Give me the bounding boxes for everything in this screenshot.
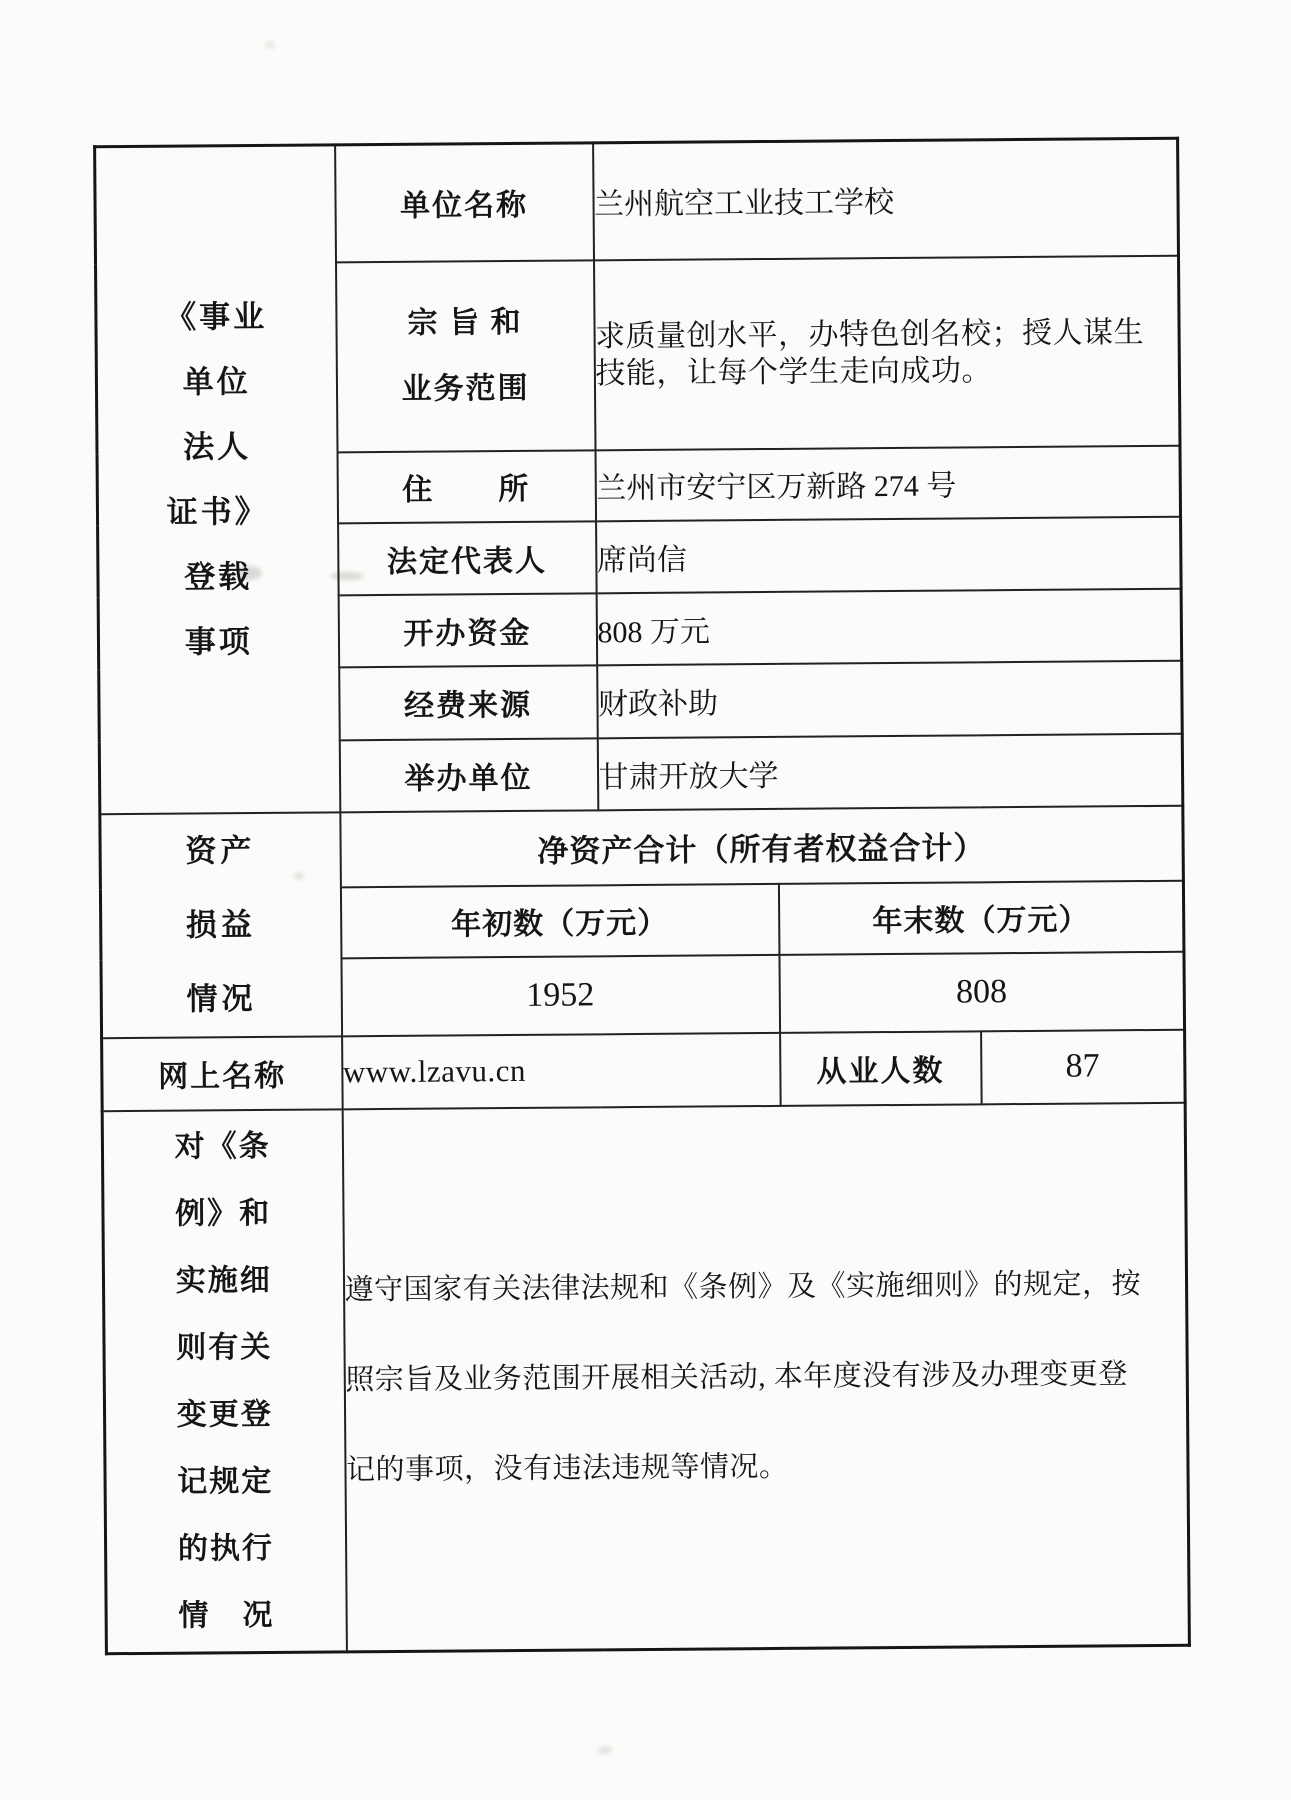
staff-count-value: 87	[981, 1029, 1186, 1104]
address-label: 住 所	[337, 450, 596, 523]
founding-capital-label: 开办资金	[338, 593, 597, 667]
online-name-value: www.lzavu.cn	[342, 1032, 781, 1108]
mission-value-line: 求质量创水平，办特色创名校；授人谋生	[595, 313, 1178, 355]
group-label-line: 证书》	[99, 479, 337, 546]
scan-smudge	[598, 1746, 612, 1754]
organizer-value: 甘肃开放大学	[597, 733, 1183, 810]
unit-name-value: 兰州航空工业技工学校	[593, 138, 1179, 260]
group-label-line: 记规定	[106, 1447, 344, 1516]
compliance-paragraph-line: 记的事项，没有违法违规等情况。	[346, 1418, 1187, 1515]
mission-value: 求质量创水平，办特色创名校；授人谋生 技能，让每个学生走向成功。	[594, 255, 1180, 450]
online-name-label: 网上名称	[102, 1036, 343, 1111]
year-end-value: 808	[779, 952, 1185, 1032]
unit-name-label: 单位名称	[335, 143, 594, 262]
group-label-line: 则有关	[105, 1313, 343, 1382]
mission-label-line: 业务范围	[337, 355, 594, 423]
scanned-report-page: 《事业 单位 法人 证书》 登载 事项 单位名称 兰州航空工业技工学校 宗 旨 …	[0, 0, 1291, 1800]
address-value: 兰州市安宁区万新路 274 号	[595, 445, 1181, 521]
group-label-line: 实施细	[105, 1246, 343, 1315]
year-start-value: 1952	[341, 955, 780, 1036]
group-label-line: 的执行	[107, 1514, 345, 1583]
legal-representative-value: 席尚信	[596, 516, 1182, 593]
group-label-line: 《事业	[97, 284, 335, 351]
mission-label: 宗 旨 和 业务范围	[336, 260, 595, 452]
group-label-line: 单位	[98, 349, 336, 416]
mission-value-line: 技能，让每个学生走向成功。	[595, 350, 1178, 392]
annual-report-table-wrap: 《事业 单位 法人 证书》 登载 事项 单位名称 兰州航空工业技工学校 宗 旨 …	[93, 137, 1191, 1655]
funding-source-label: 经费来源	[339, 665, 598, 740]
compliance-paragraph-line: 照宗旨及业务范围开展相关活动, 本年度没有涉及办理变更登	[345, 1328, 1186, 1425]
compliance-paragraph: 遵守国家有关法律法规和《条例》及《实施细则》的规定，按 照宗旨及业务范围开展相关…	[342, 1102, 1189, 1652]
group-label-line: 对《条	[104, 1112, 342, 1181]
legal-representative-label: 法定代表人	[338, 521, 597, 595]
net-assets-header: 净资产合计（所有者权益合计）	[340, 805, 1184, 887]
annual-report-table: 《事业 单位 法人 证书》 登载 事项 单位名称 兰州航空工业技工学校 宗 旨 …	[93, 137, 1191, 1655]
group-label-line: 变更登	[106, 1380, 344, 1449]
group-label-line: 例》和	[104, 1179, 342, 1248]
group-label-line: 资产	[101, 813, 339, 889]
assets-group-label: 资产 损益 情况	[100, 812, 342, 1038]
mission-label-line: 宗 旨 和	[337, 289, 594, 357]
group-label-line: 情 况	[107, 1581, 345, 1650]
group-label-line: 损益	[102, 887, 340, 963]
founding-capital-value: 808 万元	[596, 588, 1182, 665]
certificate-items-group-label: 《事业 单位 法人 证书》 登载 事项	[95, 145, 340, 814]
group-label-line: 情况	[103, 961, 341, 1037]
year-start-header: 年初数（万元）	[340, 883, 779, 958]
scan-smudge	[265, 41, 275, 49]
compliance-group-label: 对《条 例》和 实施细 则有关 变更登 记规定 的执行 情 况	[102, 1109, 346, 1654]
year-end-header: 年末数（万元）	[778, 880, 1184, 955]
group-label-line: 法人	[98, 414, 336, 481]
compliance-paragraph-line: 遵守国家有关法律法规和《条例》及《实施细则》的规定，按	[344, 1238, 1185, 1335]
group-label-line: 事项	[100, 609, 338, 676]
organizer-label: 举办单位	[339, 738, 598, 812]
group-label-line: 登载	[99, 544, 337, 611]
funding-source-value: 财政补助	[597, 660, 1183, 738]
staff-count-label: 从业人数	[780, 1031, 982, 1106]
